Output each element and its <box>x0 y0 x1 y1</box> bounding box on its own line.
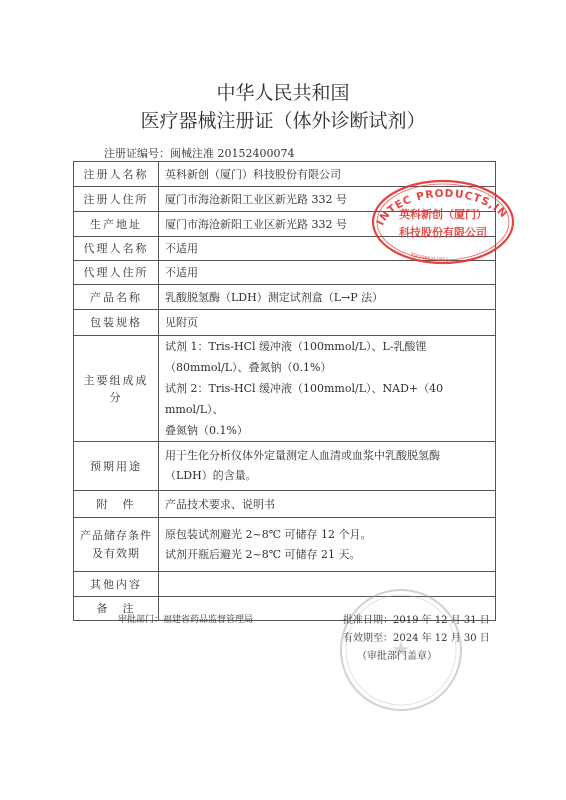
registration-number-label: 注册证编号： <box>104 147 170 160</box>
table-row: 包装规格 见附页 <box>74 310 496 336</box>
registration-number: 注册证编号：闽械注准 20152400074 <box>104 145 294 161</box>
row-label-storage: 产品储存条件 及有效期 <box>74 518 159 572</box>
row-value-product-name: 乳酸脱氢酶（LDH）测定试剂盒（L→P 法） <box>159 285 496 310</box>
table-row: 产品储存条件 及有效期 原包装试剂避光 2~8℃ 可储存 12 个月。 试剂开瓶… <box>74 518 496 572</box>
approval-date: 批准日期：2019 年 12 月 31 日 <box>343 612 490 630</box>
seal-note: （审批部门盖章） <box>343 648 490 666</box>
composition-line: 叠氮钠（0.1%） <box>165 420 489 441</box>
row-value-attachments: 产品技术要求、说明书 <box>159 491 496 518</box>
registration-number-value: 闽械注准 20152400074 <box>170 147 294 160</box>
row-label-registrant-address: 注册人住所 <box>74 187 159 212</box>
svg-text:科技股份有限公司: 科技股份有限公司 <box>398 225 487 239</box>
intended-use-line: （LDH）的含量。 <box>165 466 489 486</box>
composition-line: （80mmol/L）、叠氮钠（0.1%） <box>165 357 489 378</box>
row-label-product-name: 产品名称 <box>74 285 159 310</box>
svg-text:3502000211951: 3502000211951 <box>409 252 448 264</box>
approval-department: 审批部门：福建省药品监督管理局 <box>118 612 253 625</box>
table-row: 预期用途 用于生化分析仪体外定量测定人血清或血浆中乳酸脱氢酶 （LDH）的含量。 <box>74 442 496 491</box>
row-label-attachments: 附 件 <box>74 491 159 518</box>
table-row: 产品名称 乳酸脱氢酶（LDH）测定试剂盒（L→P 法） <box>74 285 496 310</box>
storage-line: 试剂开瓶后避光 2~8℃ 可储存 21 天。 <box>165 545 489 565</box>
composition-line: 试剂 2：Tris-HCl 缓冲液（100mmol/L）、NAD+（40 mmo… <box>165 378 489 420</box>
row-value-composition: 试剂 1：Tris-HCl 缓冲液（100mmol/L）、L-乳酸锂 （80mm… <box>159 336 496 442</box>
storage-line: 原包装试剂避光 2~8℃ 可储存 12 个月。 <box>165 525 489 545</box>
row-value-intended-use: 用于生化分析仪体外定量测定人血清或血浆中乳酸脱氢酶 （LDH）的含量。 <box>159 442 496 491</box>
row-label-agent-name: 代理人名称 <box>74 237 159 261</box>
composition-line: 试剂 1：Tris-HCl 缓冲液（100mmol/L）、L-乳酸锂 <box>165 336 489 357</box>
row-label-other: 其他内容 <box>74 572 159 597</box>
row-value-storage: 原包装试剂避光 2~8℃ 可储存 12 个月。 试剂开瓶后避光 2~8℃ 可储存… <box>159 518 496 572</box>
document-title-certificate: 医疗器械注册证（体外诊断试剂） <box>0 106 566 133</box>
row-label-registrant-name: 注册人名称 <box>74 162 159 187</box>
row-label-packaging: 包装规格 <box>74 310 159 336</box>
svg-text:英科新创（厦门）: 英科新创（厦门） <box>399 207 487 221</box>
row-value-packaging: 见附页 <box>159 310 496 336</box>
table-row: 附 件 产品技术要求、说明书 <box>74 491 496 518</box>
intended-use-line: 用于生化分析仪体外定量测定人血清或血浆中乳酸脱氢酶 <box>165 446 489 466</box>
row-label-composition: 主要组成成分 <box>74 336 159 442</box>
row-label-agent-address: 代理人住所 <box>74 261 159 285</box>
storage-label-line: 产品储存条件 <box>78 527 154 545</box>
valid-until-date: 有效期至：2024 年 12 月 30 日 <box>343 630 490 648</box>
company-seal-stamp-icon: INTEC PRODUCTS,INC.(XIAMEN) 英科新创（厦门） 科技股… <box>368 176 518 266</box>
storage-label-line: 及有效期 <box>78 545 154 563</box>
approval-dates: 批准日期：2019 年 12 月 31 日 有效期至：2024 年 12 月 3… <box>343 612 490 666</box>
document-title-country: 中华人民共和国 <box>0 78 566 105</box>
row-label-intended-use: 预期用途 <box>74 442 159 491</box>
row-label-production-address: 生产地址 <box>74 212 159 237</box>
table-row: 主要组成成分 试剂 1：Tris-HCl 缓冲液（100mmol/L）、L-乳酸… <box>74 336 496 442</box>
